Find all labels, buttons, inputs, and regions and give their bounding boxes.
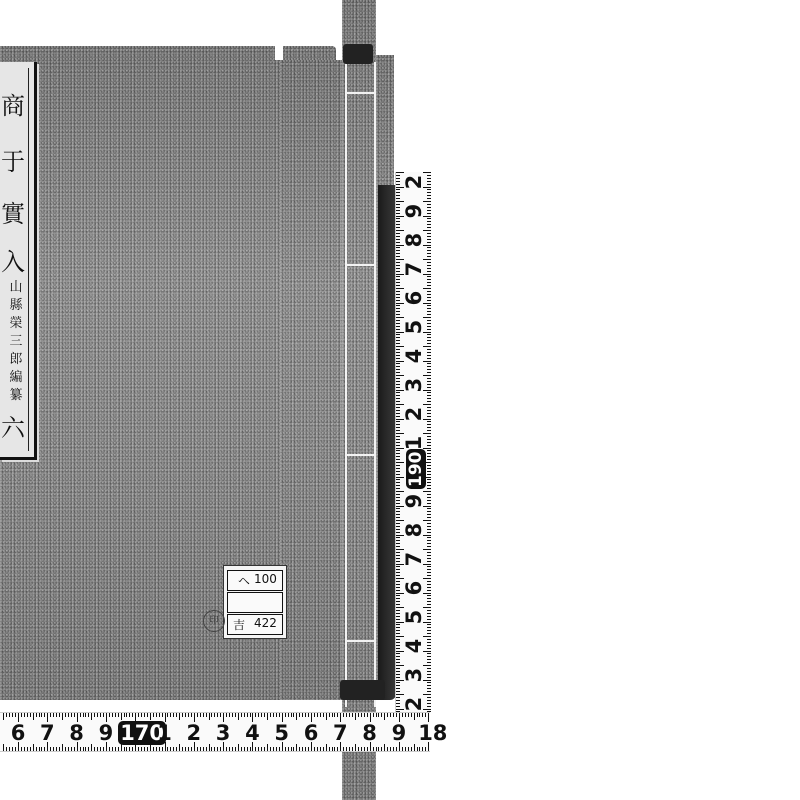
ruler-tick [427,305,431,306]
ruler-tick [427,558,431,559]
ruler-tick [141,713,142,717]
ruler-tick [427,271,431,272]
ruler-tick [427,450,431,451]
ruler-tick [396,300,400,301]
ruler-tick [396,401,400,402]
ruler-tick [396,514,400,515]
ruler-label: 5 [403,316,425,338]
author-char: 編 [6,366,26,385]
ruler-tick [144,747,145,751]
ruler-tick [427,485,431,486]
ruler-tick [396,265,400,266]
ruler-tick [427,479,431,480]
ruler-tick [396,363,400,364]
ruler-tick [261,747,262,751]
ruler-tick [326,744,327,751]
ruler-tick [285,747,286,751]
ruler-tick [427,688,431,689]
volume-char: 六 [0,408,26,443]
ruler-tick [427,468,431,469]
ruler-tick [65,747,66,751]
ruler-tick [396,337,400,338]
ruler-tick [396,537,400,538]
ruler-label: 3 [213,721,233,745]
ruler-tick [427,285,431,286]
ruler-tick [427,262,431,263]
ruler-label: 7 [403,258,425,280]
ruler-tick [276,713,277,717]
ruler-tick [9,713,10,717]
ruler-tick [427,308,431,309]
ruler-tick [6,713,7,717]
ruler-tick [427,601,431,602]
ruler-tick [427,387,431,388]
author-char: 纂 [6,384,26,403]
ruler-tick [12,713,13,717]
ruler-tick [427,175,431,176]
ruler-tick [156,747,157,751]
ruler-tick [384,713,385,720]
binding-thread-vertical [345,62,347,707]
ruler-tick [209,713,210,720]
ruler-tick [396,218,400,219]
ruler-tick [308,713,309,717]
ruler-tick [396,439,400,440]
ruler-tick [126,747,127,751]
ruler-tick [427,619,431,620]
ruler-tick [132,747,133,751]
ruler-tick [36,747,37,751]
ruler-tick [427,294,431,295]
ruler-tick [381,713,382,717]
ruler-tick [396,326,400,327]
ruler-tick [100,713,101,717]
ruler-tick [247,747,248,751]
ruler-tick [427,326,431,327]
ruler-tick [396,213,400,214]
ruler-tick [103,747,104,751]
ruler-tick [68,713,69,717]
ruler-tick [320,713,321,717]
ruler-tick [159,713,160,717]
ruler-label: 8 [403,519,425,541]
ruler-tick [179,713,180,720]
ruler-tick [173,747,174,751]
ruler-tick [85,713,86,717]
ruler-tick [396,384,400,385]
ruler-tick [396,624,400,625]
label-prefix: ヘ [238,572,250,589]
ruler-tick [396,459,400,460]
spine-top-cap [343,44,373,64]
ruler-tick [427,256,431,257]
ruler-tick [427,297,431,298]
ruler-tick [427,329,431,330]
label-row: 吉 422 [227,614,283,635]
ruler-tick [396,410,400,411]
ruler-tick [427,511,431,512]
ruler-tick [185,713,186,717]
ruler-label: 7 [403,548,425,570]
ruler-tick [396,343,400,344]
ruler-tick [352,713,353,717]
ruler-tick [427,488,431,489]
ruler-tick [396,271,400,272]
ruler-tick [326,713,327,720]
ruler-tick [3,744,4,751]
ruler-tick [427,291,431,292]
ruler-label: 190 [403,455,425,489]
ruler-tick [396,355,400,356]
ruler-tick [396,703,400,704]
ruler-tick [373,713,374,717]
ruler-tick [427,250,431,251]
ruler-tick [302,747,303,751]
ruler-tick [427,355,431,356]
ruler-tick [270,713,271,717]
ruler-tick [147,713,148,717]
ruler-tick [291,713,292,717]
ruler-tick [427,337,431,338]
ruler-tick [396,677,400,678]
ruler-tick [109,713,110,717]
ruler-tick [427,500,431,501]
ruler-tick [361,747,362,751]
ruler-tick [396,282,400,283]
ruler-tick [427,369,431,370]
ruler-tick [71,747,72,751]
ruler-tick [396,445,400,446]
ruler-tick [427,691,431,692]
ruler-tick [427,633,431,634]
ruler-tick [121,744,122,751]
ruler-tick [296,713,297,720]
ruler-label: 9 [403,200,425,222]
ruler-tick [27,713,28,717]
ruler-tick [427,697,431,698]
ruler-tick [358,747,359,751]
ruler-tick [396,305,400,306]
ruler-tick [427,645,431,646]
ruler-tick [9,747,10,751]
ruler-tick [396,697,400,698]
author-char: 三 [6,330,26,349]
ruler-tick [144,713,145,717]
ruler-tick [427,265,431,266]
ruler-tick [33,744,34,751]
library-call-number-label: ヘ 100 吉 422 [223,565,287,639]
ruler-tick [88,713,89,717]
ruler-tick [220,713,221,717]
ruler-label: 9 [403,490,425,512]
ruler-label: 5 [403,606,425,628]
ruler-tick [299,713,300,717]
ruler-tick [396,340,400,341]
ruler-tick [229,713,230,717]
ruler-tick [396,503,400,504]
author-char: 郎 [6,348,26,367]
ruler-label: 2 [403,171,425,193]
ruler-tick [355,713,356,720]
ruler-tick [427,268,431,269]
ruler-tick [349,747,350,751]
ruler-tick [384,744,385,751]
ruler-label: 8 [360,721,380,745]
author-char: 山 [6,276,26,295]
ruler-tick [337,747,338,751]
ruler-label: 6 [301,721,321,745]
ruler-tick [427,314,431,315]
ruler-label: 18 [418,721,438,745]
ruler-tick [427,395,431,396]
ruler-tick [381,747,382,751]
ruler-tick [232,747,233,751]
book-edge-shadow [378,185,396,700]
ruler-label: 5 [272,721,292,745]
ruler-tick [270,747,271,751]
ruler-tick [396,479,400,480]
ruler-tick [396,485,400,486]
ruler-tick [427,349,431,350]
ruler-tick [396,195,400,196]
ruler-tick [285,713,286,717]
ruler-tick [59,747,60,751]
ruler-tick [427,503,431,504]
ruler-tick [39,713,40,717]
ruler-tick [396,642,400,643]
ruler-tick [427,233,431,234]
ruler-tick [396,442,400,443]
ruler-tick [334,747,335,751]
ruler-tick [427,555,431,556]
ruler-tick [396,633,400,634]
ruler-tick [387,747,388,751]
ruler-tick [88,747,89,751]
ruler-tick [396,413,400,414]
ruler-tick [91,713,92,720]
ruler-tick [170,747,171,751]
ruler-tick [293,713,294,717]
ruler-tick [396,285,400,286]
ruler-tick [176,713,177,717]
ruler-tick [427,648,431,649]
ruler-tick [191,713,192,717]
ruler-tick [103,713,104,717]
ruler-tick [167,747,168,751]
ruler-tick [94,747,95,751]
ruler-tick [367,713,368,717]
ruler-tick [396,247,400,248]
ruler-tick [396,250,400,251]
ruler-tick [74,747,75,751]
ruler-tick [332,713,333,717]
ruler-tick [396,381,400,382]
ruler-tick [396,601,400,602]
ruler-tick [396,569,400,570]
ruler-tick [427,642,431,643]
ruler-tick [396,468,400,469]
ruler-tick [427,494,431,495]
ruler-tick [80,713,81,717]
ruler-label: 170 [118,721,152,745]
ruler-tick [299,747,300,751]
ruler-label: 4 [403,345,425,367]
ruler-tick [396,517,400,518]
ruler-tick [396,372,400,373]
ruler-tick [396,630,400,631]
ruler-tick [396,233,400,234]
ruler-tick [396,613,400,614]
ruler-tick [427,569,431,570]
ruler-tick [396,421,400,422]
ruler-tick [396,711,400,712]
ruler-tick [396,552,400,553]
ruler-tick [83,747,84,751]
ruler-tick [427,416,431,417]
ruler-tick [41,713,42,717]
ruler-tick [396,546,400,547]
ruler-tick [188,747,189,751]
ruler-tick [396,189,400,190]
ruler-tick [74,713,75,717]
ruler-tick [427,410,431,411]
ruler-tick [427,320,431,321]
ruler-tick [337,713,338,717]
ruler-tick [396,256,400,257]
ruler-tick [427,427,431,428]
ruler-tick [167,713,168,717]
ruler-tick [396,595,400,596]
ruler-tick [427,453,431,454]
ruler-tick [427,456,431,457]
library-seal-stamp: 印 [203,610,225,632]
ruler-tick [396,387,400,388]
ruler-tick [302,713,303,717]
ruler-tick [141,747,142,751]
ruler-tick [44,747,45,751]
ruler-tick [12,747,13,751]
ruler-tick [232,713,233,717]
ruler-tick [396,210,400,211]
ruler-tick [427,363,431,364]
ruler-tick [427,546,431,547]
ruler-tick [396,508,400,509]
title-char: 入 [0,242,26,277]
ruler-tick [273,713,274,717]
ruler-tick [56,747,57,751]
ruler-tick [427,392,431,393]
ruler-tick [159,747,160,751]
ruler-tick [396,474,400,475]
ruler-tick [427,384,431,385]
ruler-tick [396,198,400,199]
ruler-tick [427,343,431,344]
ruler-tick [355,744,356,751]
ruler-tick [217,747,218,751]
ruler-tick [115,713,116,717]
ruler-tick [427,532,431,533]
ruler-tick [427,711,431,712]
spine-bottom-cap [340,680,385,700]
ruler-tick [197,713,198,717]
author-char: 縣 [6,294,26,313]
ruler-tick [427,590,431,591]
ruler-tick [396,349,400,350]
label-row: ヘ 100 [227,570,283,591]
title-slip: 商 于 實 入 山 縣 榮 三 郎 編 纂 六 [0,62,37,460]
ruler-tick [291,747,292,751]
ruler-tick [427,421,431,422]
ruler-tick [352,747,353,751]
ruler-tick [396,566,400,567]
ruler-tick [396,178,400,179]
ruler-tick [373,747,374,751]
ruler-tick [396,398,400,399]
ruler-tick [150,744,151,751]
binding-stitch [345,640,375,642]
ruler-tick [427,604,431,605]
ruler-tick [229,747,230,751]
horizontal-ruler: 678917012345678918 [0,712,430,752]
ruler-tick [147,747,148,751]
ruler-tick [138,713,139,717]
ruler-tick [396,558,400,559]
label-value: 100 [254,572,277,586]
ruler-tick [396,540,400,541]
ruler-tick [150,713,151,720]
ruler-tick [170,713,171,717]
ruler-tick [427,706,431,707]
ruler-tick [396,427,400,428]
ruler-tick [296,744,297,751]
ruler-tick [396,204,400,205]
ruler-tick [427,300,431,301]
ruler-label: 6 [403,577,425,599]
ruler-tick [30,713,31,717]
ruler-tick [396,358,400,359]
ruler-tick [255,747,256,751]
ruler-tick [126,713,127,717]
ruler-tick [317,713,318,717]
ruler-tick [427,442,431,443]
ruler-tick [329,747,330,751]
ruler-tick [427,242,431,243]
ruler-tick [427,276,431,277]
ruler-tick [191,747,192,751]
ruler-tick [396,482,400,483]
title-char: 商 [0,86,26,121]
ruler-tick [396,262,400,263]
ruler-tick [427,218,431,219]
ruler-tick [427,430,431,431]
ruler-tick [200,713,201,717]
ruler-tick [247,713,248,717]
ruler-tick [182,713,183,717]
ruler-label: 7 [37,721,57,745]
ruler-tick [427,445,431,446]
ruler-tick [68,747,69,751]
ruler-tick [396,691,400,692]
ruler-tick [214,747,215,751]
ruler-tick [427,224,431,225]
ruler-tick [427,685,431,686]
ruler-tick [427,552,431,553]
ruler-tick [258,713,259,717]
ruler-tick [396,587,400,588]
ruler-tick [405,747,406,751]
ruler-tick [427,424,431,425]
ruler-tick [427,471,431,472]
